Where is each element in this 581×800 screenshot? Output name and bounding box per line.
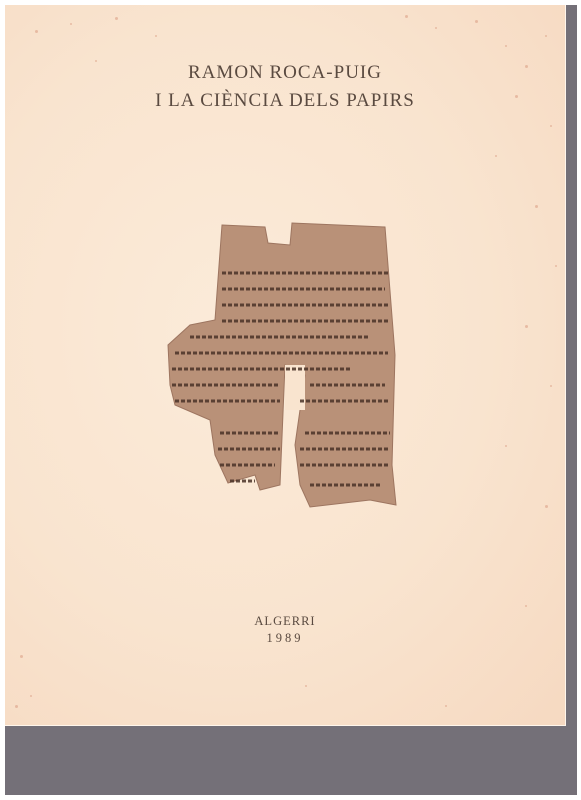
publisher-place: ALGERRI (5, 614, 565, 629)
book-cover: RAMON ROCA-PUIG I LA CIÈNCIA DELS PAPIRS (5, 5, 566, 726)
publication-year: 1989 (5, 631, 565, 646)
papyrus-fragment-image (160, 215, 410, 515)
book-title: I LA CIÈNCIA DELS PAPIRS (5, 90, 565, 112)
author-name: RAMON ROCA-PUIG (5, 62, 565, 84)
